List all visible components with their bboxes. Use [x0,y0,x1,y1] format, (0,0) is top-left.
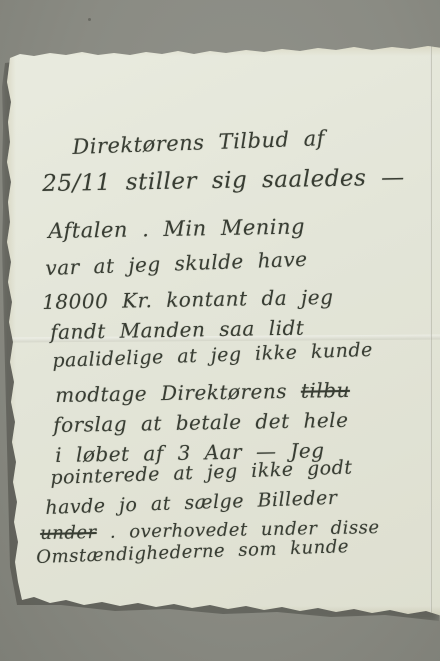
line-text: forslag at betale det hele [53,408,349,437]
handwriting-line-5: 18000 Kr. kontant da jeg [42,285,334,314]
handwriting-line-7: paalidelige at jeg ikke kunde [52,339,373,372]
line-text: 18000 Kr. kontant da jeg [42,285,334,314]
line-text: havde jo at sælge Billeder [45,487,338,519]
line-text: modtage Direktørens [55,379,301,407]
handwriting-line-12: havde jo at sælge Billeder [45,487,338,519]
line-text: fandt Manden saa lidt [50,316,305,344]
handwriting-line-8: modtage Direktørens tilbu [55,378,350,407]
struck-text: tilbu [301,378,350,403]
line-text: Direktørens Tilbud af [72,126,325,159]
under-sheet-edge [430,46,432,616]
line-text: 25/11 stiller sig saaledes — [42,165,405,197]
torn-edge-tint-top [6,42,440,56]
line-text: var at jeg skulde have [45,247,308,280]
handwriting-line-1: Direktørens Tilbud af [72,126,325,159]
letter-page: Direktørens Tilbud af 25/11 stiller sig … [6,42,440,618]
handwriting-line-4: var at jeg skulde have [45,247,308,280]
handwriting-line-2: 25/11 stiller sig saaledes — [42,165,405,197]
handwriting-line-6: fandt Manden saa lidt [50,316,305,344]
handwriting-line-9: forslag at betale det hele [53,408,349,437]
handwriting-line-3: Aftalen . Min Mening [48,215,305,243]
dust-speck [88,18,91,21]
line-text: Aftalen . Min Mening [48,215,305,243]
photo-background: Direktørens Tilbud af 25/11 stiller sig … [0,0,440,661]
struck-text: under [40,522,97,544]
line-text: paalidelige at jeg ikke kunde [52,339,373,372]
